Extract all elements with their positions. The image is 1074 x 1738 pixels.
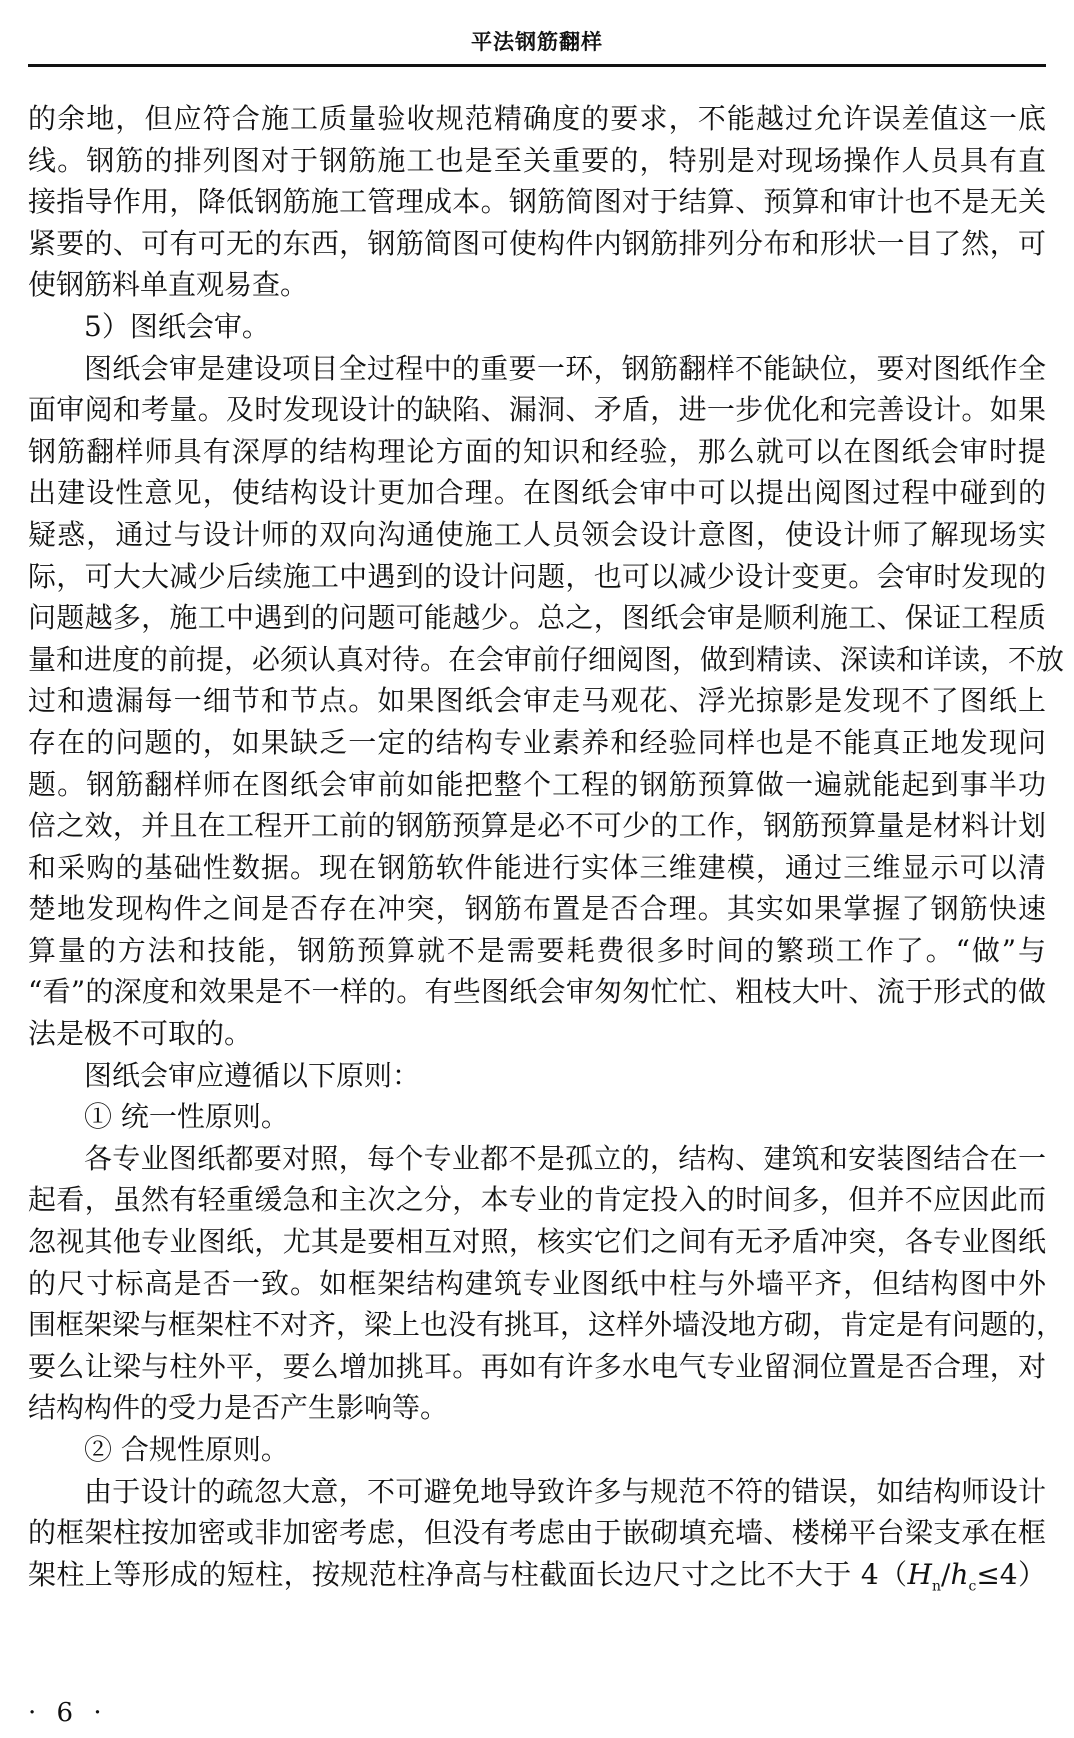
text-line: 面审阅和考量。及时发现设计的缺陷、漏洞、矛盾，进一步优化和完善设计。如果 (28, 389, 1046, 431)
formula-sub-n: n (932, 1578, 941, 1594)
formula-prefix: 架柱上等形成的短柱，按规范柱净高与柱截面长边尺寸之比不大于 4（ (28, 1558, 908, 1591)
section-heading: 5）图纸会审。 (28, 306, 1046, 348)
text-line: 存在的问题的，如果缺乏一定的结构专业素养和经验同样也是不能真正地发现问 (28, 722, 1046, 764)
formula-h: h (950, 1558, 968, 1591)
header-rule (28, 64, 1046, 67)
subsection-heading: ① 统一性原则。 (28, 1096, 1046, 1138)
subsection-heading: ② 合规性原则。 (28, 1429, 1046, 1471)
formula-suffix: ≤4） (976, 1558, 1046, 1591)
text-line: 接指导作用，降低钢筋施工管理成本。钢筋简图对于结算、预算和审计也不是无关 (28, 181, 1046, 223)
text-line: “看”的深度和效果是不一样的。有些图纸会审匆匆忙忙、粗枝大叶、流于形式的做 (28, 971, 1046, 1013)
text-line-with-formula: 架柱上等形成的短柱，按规范柱净高与柱截面长边尺寸之比不大于 4（Hn/hc≤4） (28, 1554, 1046, 1596)
text-line: 的余地，但应符合施工质量验收规范精确度的要求，不能越过允许误差值这一底 (28, 98, 1046, 140)
text-line: 图纸会审应遵循以下原则： (28, 1055, 1046, 1097)
text-line: 要么让梁与柱外平，要么增加挑耳。再如有许多水电气专业留洞位置是否合理，对 (28, 1346, 1046, 1388)
text-line: 的尺寸标高是否一致。如框架结构建筑专业图纸中柱与外墙平齐，但结构图中外 (28, 1263, 1046, 1305)
text-line: 际，可大大减少后续施工中遇到的设计问题，也可以减少设计变更。会审时发现的 (28, 556, 1046, 598)
text-line: 结构构件的受力是否产生影响等。 (28, 1387, 1046, 1429)
text-line: 倍之效，并且在工程开工前的钢筋预算是必不可少的工作，钢筋预算量是材料计划 (28, 805, 1046, 847)
text-line: 问题越多，施工中遇到的问题可能越少。总之，图纸会审是顺利施工、保证工程质 (28, 597, 1046, 639)
text-line: 算量的方法和技能，钢筋预算就不是需要耗费很多时间的繁琐工作了。“做”与 (28, 930, 1046, 972)
text-line: 钢筋翻样师具有深厚的结构理论方面的知识和经验，那么就可以在图纸会审时提 (28, 431, 1046, 473)
text-line: 楚地发现构件之间是否存在冲突，钢筋布置是否合理。其实如果掌握了钢筋快速 (28, 888, 1046, 930)
text-line: 忽视其他专业图纸，尤其是要相互对照，核实它们之间有无矛盾冲突，各专业图纸 (28, 1221, 1046, 1263)
text-line: 和采购的基础性数据。现在钢筋软件能进行实体三维建模，通过三维显示可以清 (28, 847, 1046, 889)
page-number: · 6 · (28, 1698, 108, 1728)
text-line: 量和进度的前提，必须认真对待。在会审前仔细阅图，做到精读、深读和详读，不放 (28, 639, 1046, 681)
text-line: 紧要的、可有可无的东西，钢筋简图可使构件内钢筋排列分布和形状一目了然，可 (28, 223, 1046, 265)
text-line: 题。钢筋翻样师在图纸会审前如能把整个工程的钢筋预算做一遍就能起到事半功 (28, 764, 1046, 806)
text-line: 过和遗漏每一细节和节点。如果图纸会审走马观花、浮光掠影是发现不了图纸上 (28, 680, 1046, 722)
text-line: 各专业图纸都要对照，每个专业都不是孤立的，结构、建筑和安装图结合在一 (28, 1138, 1046, 1180)
body-text: 的余地，但应符合施工质量验收规范精确度的要求，不能越过允许误差值这一底 线。钢筋… (28, 98, 1046, 1595)
running-title: 平法钢筋翻样 (0, 26, 1074, 56)
text-line: 围框架梁与框架柱不对齐，梁上也没有挑耳，这样外墙没地方砌，肯定是有问题的， (28, 1304, 1046, 1346)
text-line: 的框架柱按加密或非加密考虑，但没有考虑由于嵌砌填充墙、楼梯平台梁支承在框 (28, 1512, 1046, 1554)
text-line: 起看，虽然有轻重缓急和主次之分，本专业的肯定投入的时间多，但并不应因此而 (28, 1179, 1046, 1221)
text-line: 法是极不可取的。 (28, 1013, 1046, 1055)
text-line: 由于设计的疏忽大意，不可避免地导致许多与规范不符的错误，如结构师设计 (28, 1471, 1046, 1513)
text-line: 线。钢筋的排列图对于钢筋施工也是至关重要的，特别是对现场操作人员具有直 (28, 140, 1046, 182)
text-line: 使钢筋料单直观易查。 (28, 264, 1046, 306)
text-line: 出建设性意见，使结构设计更加合理。在图纸会审中可以提出阅图过程中碰到的 (28, 472, 1046, 514)
formula-H: H (908, 1558, 932, 1591)
text-line: 疑惑，通过与设计师的双向沟通使施工人员领会设计意图，使设计师了解现场实 (28, 514, 1046, 556)
text-line: 图纸会审是建设项目全过程中的重要一环，钢筋翻样不能缺位，要对图纸作全 (28, 348, 1046, 390)
